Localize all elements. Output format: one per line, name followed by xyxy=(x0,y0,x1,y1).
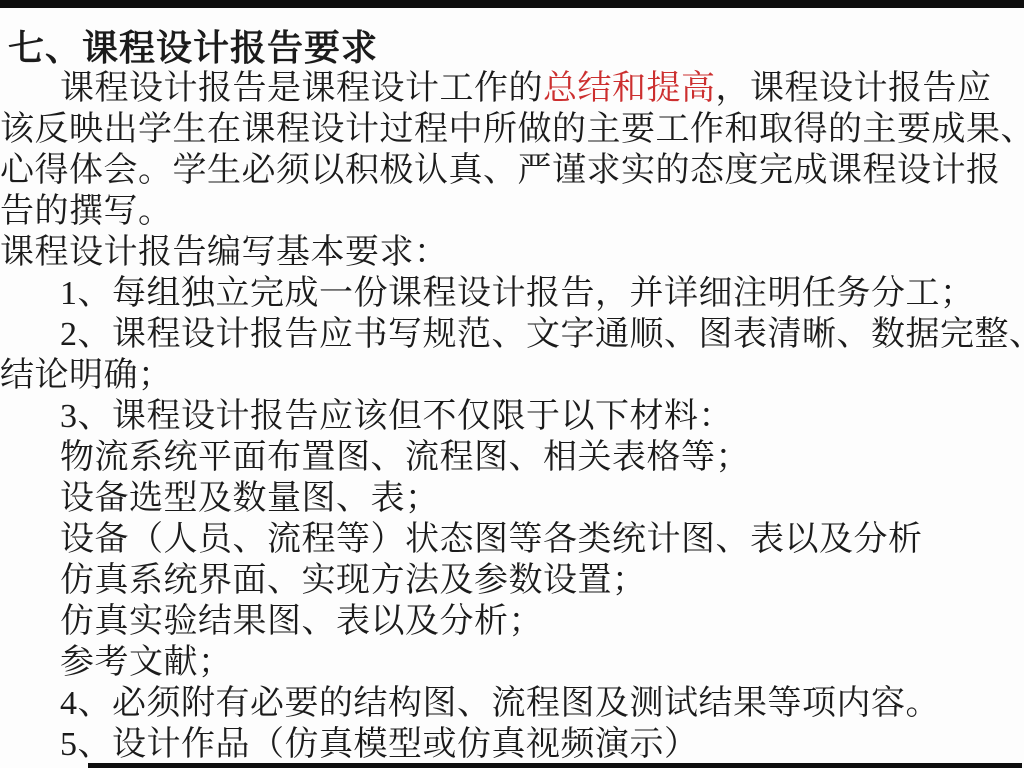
text-line: 3、课程设计报告应该但不仅限于以下材料： xyxy=(0,396,1024,437)
bottom-black-bar xyxy=(88,763,1022,768)
text-segment: 2、课程设计报告应书写规范、文字通顺、图表清晰、数据完整、 xyxy=(60,316,1024,353)
text-line: 5、设计作品（仿真模型或仿真视频演示） xyxy=(0,724,1024,765)
text-line: 课程设计报告编写基本要求： xyxy=(0,232,1024,273)
text-segment: 该反映出学生在课程设计过程中所做的主要工作和取得的主要成果、 xyxy=(0,111,1024,148)
text-line: 心得体会。学生必须以积极认真、严谨求实的态度完成课程设计报 xyxy=(0,150,1024,191)
text-segment: 5、设计作品（仿真模型或仿真视频演示） xyxy=(60,726,699,763)
text-line: 结论明确； xyxy=(0,355,1024,396)
text-line: 课程设计报告是课程设计工作的总结和提高，课程设计报告应 xyxy=(0,68,1024,109)
document-body: 七、课程设计报告要求 课程设计报告是课程设计工作的总结和提高，课程设计报告应该反… xyxy=(0,8,1024,765)
text-segment: 心得体会。学生必须以积极认真、严谨求实的态度完成课程设计报 xyxy=(0,152,1001,189)
text-segment: 仿真系统界面、实现方法及参数设置； xyxy=(60,562,647,599)
text-segment: 4、必须附有必要的结构图、流程图及测试结果等项内容。 xyxy=(60,685,940,722)
text-segment: ，课程设计报告应 xyxy=(716,70,992,107)
text-line: 设备（人员、流程等）状态图等各类统计图、表以及分析 xyxy=(0,519,1024,560)
text-segment: 告的撰写。 xyxy=(0,193,173,230)
section-title: 七、课程设计报告要求 xyxy=(8,28,1024,68)
text-segment: 结论明确； xyxy=(0,357,173,394)
text-segment: 物流系统平面布置图、流程图、相关表格等； xyxy=(60,439,750,476)
text-line: 1、每组独立完成一份课程设计报告，并详细注明任务分工； xyxy=(0,273,1024,314)
slide: 七、课程设计报告要求 课程设计报告是课程设计工作的总结和提高，课程设计报告应该反… xyxy=(0,0,1024,768)
text-segment: 设备（人员、流程等）状态图等各类统计图、表以及分析 xyxy=(60,521,923,558)
text-segment: 3、课程设计报告应该但不仅限于以下材料： xyxy=(60,398,733,435)
text-segment: 参考文献； xyxy=(60,644,233,681)
text-lines: 课程设计报告是课程设计工作的总结和提高，课程设计报告应该反映出学生在课程设计过程… xyxy=(0,68,1024,765)
text-line: 仿真系统界面、实现方法及参数设置； xyxy=(0,560,1024,601)
text-line: 4、必须附有必要的结构图、流程图及测试结果等项内容。 xyxy=(0,683,1024,724)
text-segment: 仿真实验结果图、表以及分析； xyxy=(60,603,543,640)
text-line: 2、课程设计报告应书写规范、文字通顺、图表清晰、数据完整、 xyxy=(0,314,1024,355)
text-segment: 课程设计报告是课程设计工作的 xyxy=(60,70,543,107)
text-segment: 1、每组独立完成一份课程设计报告，并详细注明任务分工； xyxy=(60,275,975,312)
text-line: 物流系统平面布置图、流程图、相关表格等； xyxy=(0,437,1024,478)
text-line: 参考文献； xyxy=(0,642,1024,683)
text-line: 仿真实验结果图、表以及分析； xyxy=(0,601,1024,642)
text-segment: 课程设计报告编写基本要求： xyxy=(0,234,449,271)
text-line: 设备选型及数量图、表； xyxy=(0,478,1024,519)
text-segment: 设备选型及数量图、表； xyxy=(60,480,440,517)
top-black-bar xyxy=(0,0,1024,8)
text-line: 该反映出学生在课程设计过程中所做的主要工作和取得的主要成果、 xyxy=(0,109,1024,150)
emphasis-red-text: 总结和提高 xyxy=(543,70,716,107)
text-line: 告的撰写。 xyxy=(0,191,1024,232)
